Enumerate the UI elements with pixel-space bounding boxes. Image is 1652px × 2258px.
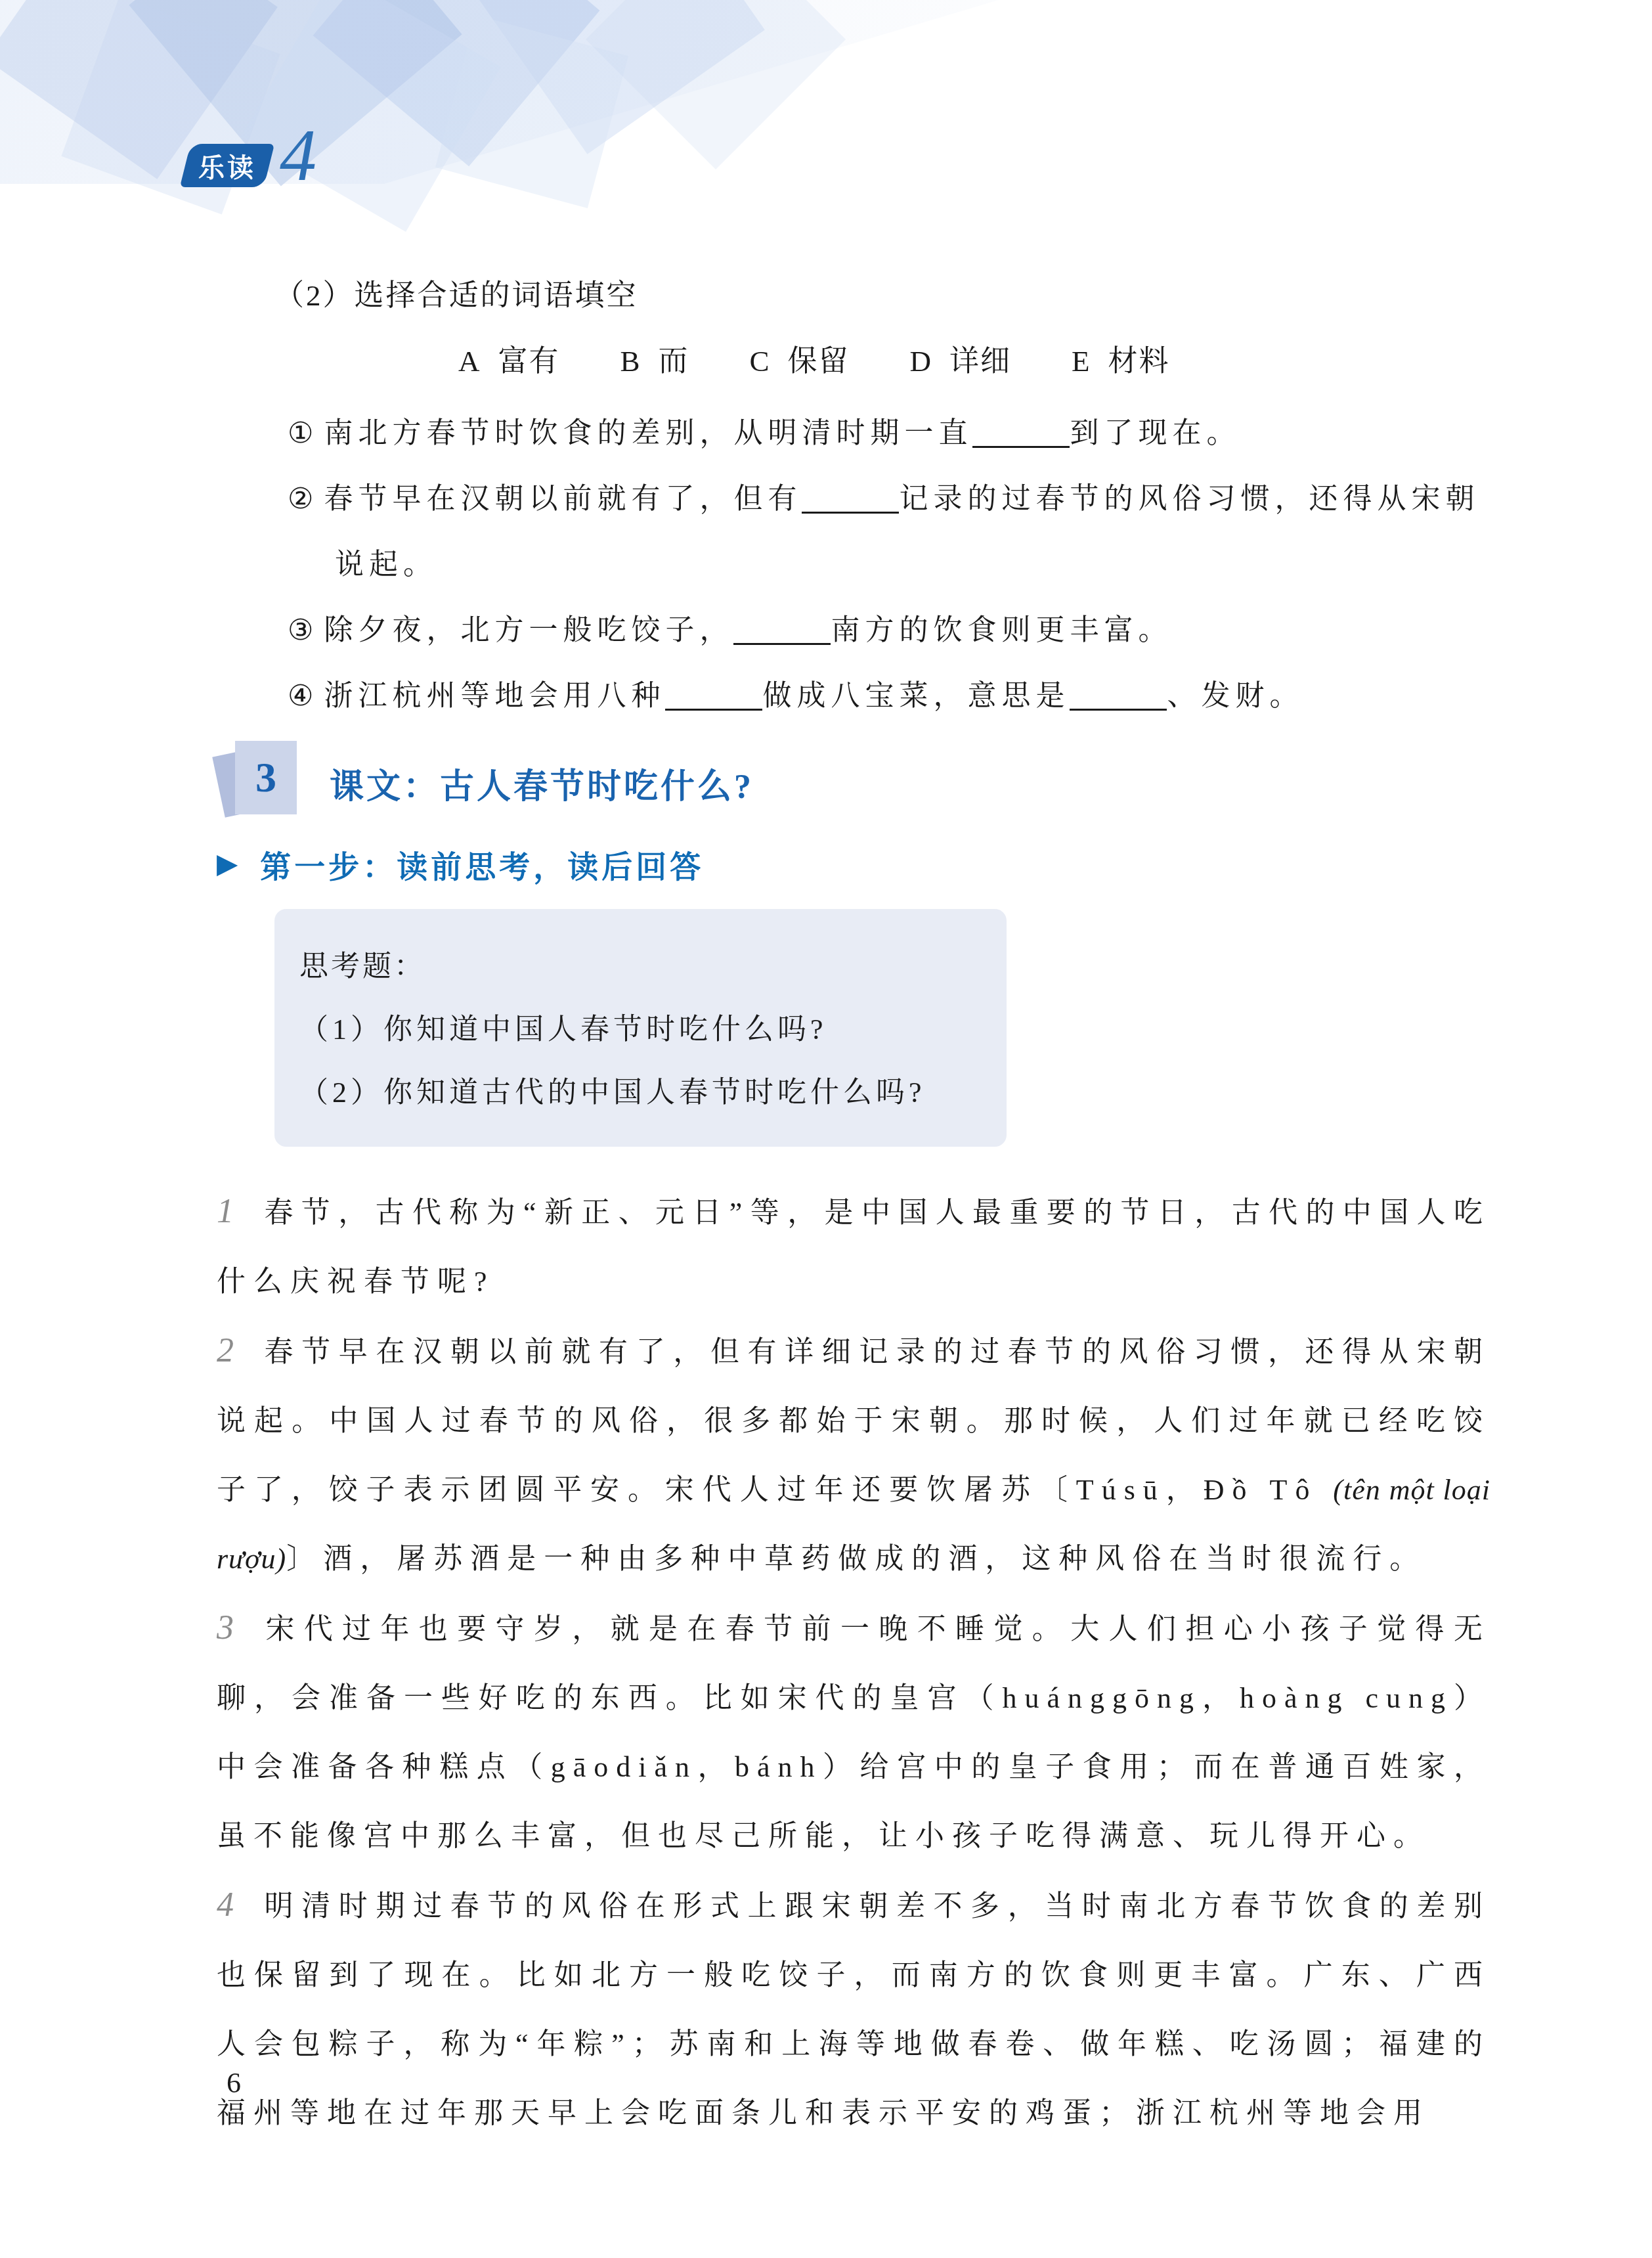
paragraph-number: 3	[217, 1609, 234, 1647]
passage-paragraph-3: 3宋代过年也要守岁，就是在春节前一晚不睡觉。大人们担心小孩子觉得无聊，会准备一些…	[217, 1593, 1490, 1871]
series-brand: 乐读 4	[176, 122, 478, 200]
item-number: ④	[288, 680, 313, 712]
fill-blank	[1070, 680, 1167, 711]
think-box: 思考题： （1）你知道中国人春节时吃什么吗?（2）你知道古代的中国人春节时吃什么…	[274, 909, 1007, 1147]
step-row: ▶ 第一步：读前思考，读后回答	[217, 839, 1490, 889]
section-title: 课文：古人春节时吃什么?	[330, 759, 754, 808]
item-number: ②	[288, 483, 313, 515]
series-logo-badge: 乐读	[180, 144, 274, 187]
paragraph-number: 1	[217, 1193, 234, 1230]
think-question: （2）你知道古代的中国人春节时吃什么吗?	[299, 1061, 987, 1124]
exercise-item: ③除夕夜，北方一般吃饺子，南方的饮食则更丰富。	[217, 598, 1490, 663]
step-arrow-icon: ▶	[217, 851, 238, 878]
exercise-item: ②春节早在汉朝以前就有了，但有记录的过春节的风俗习惯，还得从宋朝说起。	[217, 466, 1490, 598]
word-option-E: E材料	[1072, 345, 1170, 378]
word-options: A富有B而C保留D详细E材料	[458, 328, 1490, 394]
word-option-A: A富有	[458, 345, 560, 378]
exercise-item: ④浙江杭州等地会用八种做成八宝菜，意思是、发财。	[217, 663, 1490, 729]
item-number: ①	[288, 417, 313, 449]
section-heading: 3 课文：古人春节时吃什么?	[217, 740, 1490, 826]
series-logo-text: 乐读	[185, 144, 269, 187]
fill-blank	[665, 680, 762, 711]
word-option-B: B而	[620, 345, 689, 378]
fill-blank	[972, 417, 1070, 448]
exercise-item: ①南北方春节时饮食的差别，从明清时期一直到了现在。	[217, 401, 1490, 466]
passage-paragraph-2: 2春节早在汉朝以前就有了，但有详细记录的过春节的风俗习惯，还得从宋朝说起。中国人…	[217, 1316, 1490, 1593]
think-box-title: 思考题：	[299, 935, 987, 998]
step-label: 第一步：读前思考，读后回答	[260, 843, 704, 887]
fill-blank	[733, 614, 831, 645]
section-number: 3	[235, 741, 297, 814]
section-number-badge: 3	[217, 740, 316, 826]
passage-paragraph-1: 1春节，古代称为“新正、元日”等，是中国人最重要的节日，古代的中国人吃什么庆祝春…	[217, 1177, 1490, 1316]
page-header: 乐读 4	[0, 0, 1652, 197]
passage-paragraph-4: 4明清时期过春节的风俗在形式上跟宋朝差不多，当时南北方春节饮食的差别也保留到了现…	[217, 1871, 1490, 2148]
exercise-items: ①南北方春节时饮食的差别，从明清时期一直到了现在。②春节早在汉朝以前就有了，但有…	[217, 401, 1490, 729]
think-question: （1）你知道中国人春节时吃什么吗?	[299, 998, 987, 1061]
page-content: （2）选择合适的词语填空 A富有B而C保留D详细E材料 ①南北方春节时饮食的差别…	[0, 263, 1652, 2148]
page-number: 6	[227, 2066, 241, 2100]
textbook-page: 乐读 4 （2）选择合适的词语填空 A富有B而C保留D详细E材料 ①南北方春节时…	[0, 0, 1652, 2258]
word-option-D: D详细	[910, 345, 1012, 378]
fill-blank	[802, 483, 899, 514]
paragraph-number: 2	[217, 1332, 234, 1369]
paragraph-number: 4	[217, 1886, 234, 1924]
item-number: ③	[288, 614, 313, 646]
word-option-C: C保留	[750, 345, 850, 378]
exercise-prompt: （2）选择合适的词语填空	[217, 263, 1490, 328]
volume-number: 4	[280, 114, 316, 198]
passage: 1春节，古代称为“新正、元日”等，是中国人最重要的节日，古代的中国人吃什么庆祝春…	[217, 1177, 1490, 2148]
think-box-questions: （1）你知道中国人春节时吃什么吗?（2）你知道古代的中国人春节时吃什么吗?	[299, 998, 987, 1124]
